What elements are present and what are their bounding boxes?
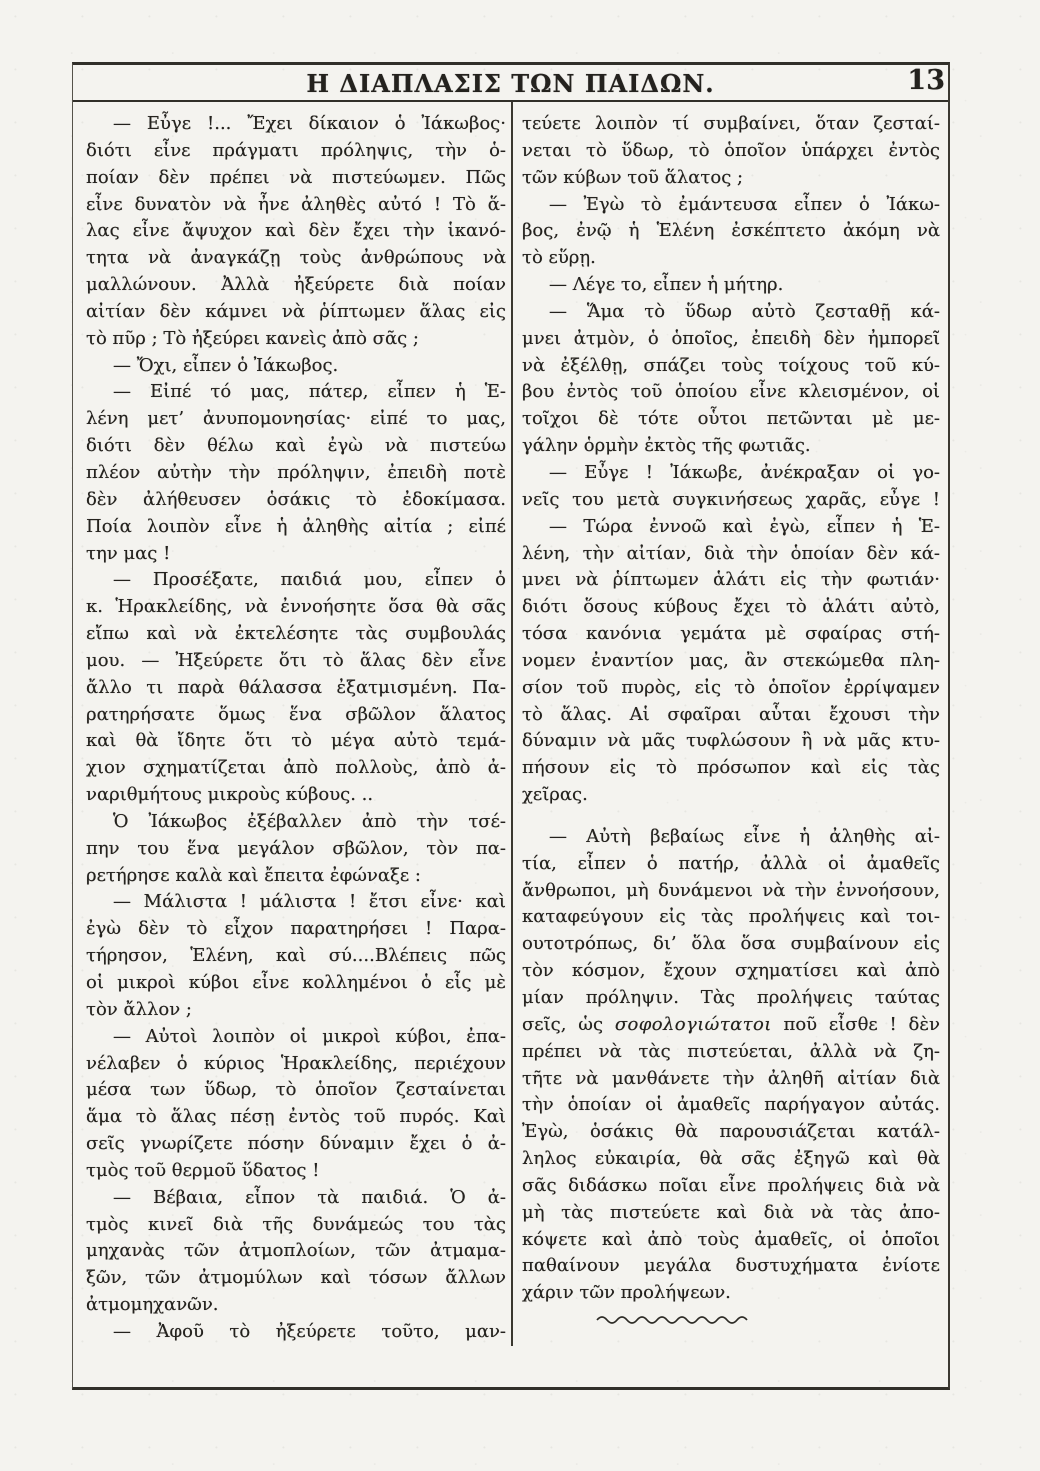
text-line: σεῖς γνωρίζετε πόσην δύναμιν ἔχει ὁ ἀ- (86, 1131, 506, 1158)
text-line: ποίαν δὲν πρέπει νὰ πιστεύωμεν. Πῶς (86, 165, 506, 192)
text-line: βου ἐντὸς τοῦ ὁποίου εἶνε κλεισμένον, οἱ (522, 379, 940, 406)
text-line: — Εἰπέ τό μας, πάτερ, εἶπεν ἡ Ἑ- (86, 379, 506, 406)
text-line: πην του ἕνα μεγάλον σβῶλον, τὸν πα- (86, 836, 506, 863)
text-line: — Εὖγε !... Ἔχει δίκαιον ὁ Ἰάκωβος· (86, 111, 506, 138)
text-line: τοῖχοι δὲ τότε οὗτοι πετῶνται μὲ με- (522, 406, 940, 433)
text-line: μὴ τὰς πιστεύετε καὶ διὰ νὰ τὰς ἀπο- (522, 1200, 940, 1227)
page-number: 13 (907, 65, 945, 96)
text-line: τία, εἶπεν ὁ πατήρ, ἀλλὰ οἱ ἀμαθεῖς (522, 851, 940, 878)
text-line: σᾶς διδάσκω ποῖαι εἶνε προλήψεις διὰ νὰ (522, 1173, 940, 1200)
text-line: διότι δὲν θέλω καὶ ἐγὼ νὰ πιστεύω (86, 433, 506, 460)
page-frame: Η ΔΙΑΠΛΑΣΙΣ ΤΩΝ ΠΑΙΔΩΝ. 13 — Εὖγε !... Ἔ… (72, 62, 950, 1390)
page-header: Η ΔΙΑΠΛΑΣΙΣ ΤΩΝ ΠΑΙΔΩΝ. 13 (73, 65, 948, 102)
text-line: τὸ εὕρῃ. (522, 245, 940, 272)
end-of-article-squiggle (594, 1313, 940, 1325)
text-line: ἅμα τὸ ἅλας πέσῃ ἐντὸς τοῦ πυρός. Καὶ (86, 1104, 506, 1131)
text-line: μαλλώνουν. Ἀλλὰ ἠξεύρετε διὰ ποίαν (86, 272, 506, 299)
text-line: οἱ μικροὶ κύβοι εἶνε κολλημένοι ὁ εἷς μὲ (86, 970, 506, 997)
text-line: ἐγὼ δὲν τὸ εἶχον παρατηρήσει ! Παρα- (86, 916, 506, 943)
text-line: τὸ ἅλας. Αἱ σφαῖραι αὗται ἔχουσι τὴν (522, 702, 940, 729)
text-line: μνει νὰ ῥίπτωμεν ἁλάτι εἰς τὴν φωτιάν· (522, 567, 940, 594)
text-line: ουτοτρόπως, δι’ ὅλα ὅσα συμβαίνουν εἰς (522, 931, 940, 958)
text-line: βος, ἐνῷ ἡ Ἑλένη ἐσκέπτετο ἀκόμη νὰ (522, 218, 940, 245)
text-line: — Λέγε το, εἶπεν ἡ μήτηρ. (522, 272, 940, 299)
text-line: πήσουν εἰς τὸ πρόσωπον καὶ εἰς τὰς (522, 755, 940, 782)
text-line: τῆτε νὰ μανθάνετε τὴν ἀληθῆ αἰτίαν διὰ (522, 1066, 940, 1093)
text-line: παθαίνουν μεγάλα δυστυχήματα ἐνίοτε (522, 1253, 940, 1280)
two-column-body: — Εὖγε !... Ἔχει δίκαιον ὁ Ἰάκωβος·διότι… (73, 102, 948, 1346)
text-line: καὶ θὰ ἴδητε ὅτι τὸ μέγα αὐτὸ τεμά- (86, 728, 506, 755)
text-line: — Εὖγε ! Ἰάκωβε, ἀνέκραξαν οἱ γο- (522, 460, 940, 487)
text-line: δὲν ἀλήθευσεν ὁσάκις τὸ ἐδοκίμασα. (86, 487, 506, 514)
text-line: λένη μετ’ ἀνυπομονησίας· εἰπέ το μας, (86, 406, 506, 433)
text-line: σεῖς, ὡς σοφολογιώτατοι ποῦ εἶσθε ! δὲν (522, 1012, 940, 1039)
text-line: κόψετε καὶ ἀπὸ τοὺς ἀμαθεῖς, οἱ ὁποῖοι (522, 1227, 940, 1254)
text-line: εἴπω καὶ νὰ ἐκτελέσητε τὰς συμβουλάς (86, 621, 506, 648)
text-line: τὸν ἄλλον ; (86, 997, 506, 1024)
text-line: — Τώρα ἐννοῶ καὶ ἐγὼ, εἶπεν ἡ Ἑ- (522, 514, 940, 541)
text-line: τήρησον, Ἑλένη, καὶ σύ....Βλέπεις πῶς (86, 943, 506, 970)
right-column-lines: τεύετε λοιπὸν τί συμβαίνει, ὅταν ζεσταί-… (522, 111, 940, 1307)
text-line: — Ὄχι, εἶπεν ὁ Ἰάκωβος. (86, 353, 506, 380)
left-column-lines: — Εὖγε !... Ἔχει δίκαιον ὁ Ἰάκωβος·διότι… (86, 111, 506, 1346)
text-line: ἄνθρωποι, μὴ δυνάμενοι νὰ τὴν ἐννοήσουν, (522, 878, 940, 905)
text-line: τὸ πῦρ ; Τὸ ἠξεύρει κανεὶς ἀπὸ σᾶς ; (86, 326, 506, 353)
text-line: — Ἀφοῦ τὸ ἠξεύρετε τοῦτο, μαν- (86, 1319, 506, 1346)
text-line: χάριν τῶν προλήψεων. (522, 1280, 940, 1307)
text-line: — Μάλιστα ! μάλιστα ! ἔτσι εἶνε· καὶ (86, 889, 506, 916)
text-line: τεύετε λοιπὸν τί συμβαίνει, ὅταν ζεσταί- (522, 111, 940, 138)
text-line: ρετήρησε καλὰ καὶ ἔπειτα ἐφώναξε : (86, 863, 506, 890)
text-line: Ὁ Ἰάκωβος ἐξέβαλλεν ἀπὸ τὴν τσέ- (86, 809, 506, 836)
text-line: μηχανὰς τῶν ἀτμοπλοίων, τῶν ἀτμαμα- (86, 1238, 506, 1265)
text-line: ξῶν, τῶν ἀτμομύλων καὶ τόσων ἄλλων (86, 1265, 506, 1292)
text-line: χεῖρας. (522, 782, 940, 809)
text-line: — Προσέξατε, παιδιά μου, εἶπεν ὁ (86, 567, 506, 594)
text-line: χιον σχηματίζεται ἀπὸ πολλοὺς, ἀπὸ ἀ- (86, 755, 506, 782)
text-line: ρατηρήσατε ὅμως ἕνα σβῶλον ἅλατος (86, 702, 506, 729)
text-column-left: — Εὖγε !... Ἔχει δίκαιον ὁ Ἰάκωβος·διότι… (73, 102, 513, 1346)
text-line: νὰ ἐξέλθῃ, σπάζει τοὺς τοίχους τοῦ κύ- (522, 353, 940, 380)
text-line: αἰτίαν δὲν κάμνει νὰ ῥίπτωμεν ἅλας εἰς (86, 299, 506, 326)
text-line: τόσα κανόνια γεμάτα μὲ σφαίρας στή- (522, 621, 940, 648)
text-line: δύναμιν νὰ μᾶς τυφλώσουν ἢ νὰ μᾶς κτυ- (522, 728, 940, 755)
text-line: μέσα των ὕδωρ, τὸ ὁποῖον ζεσταίνεται (86, 1077, 506, 1104)
text-line: Ποία λοιπὸν εἶνε ἡ ἀληθὴς αἰτία ; εἰπέ (86, 514, 506, 541)
text-line: κ. Ἡρακλείδης, νὰ ἐννοήσητε ὅσα θὰ σᾶς (86, 594, 506, 621)
text-line: τητα νὰ ἀναγκάζῃ τοὺς ἀνθρώπους νὰ (86, 245, 506, 272)
text-line: νέλαβεν ὁ κύριος Ἡρακλείδης, περιέχουν (86, 1051, 506, 1078)
text-line: Ἐγὼ, ὁσάκις θὰ παρουσιάζεται κατάλ- (522, 1119, 940, 1146)
text-line: τμὸς τοῦ θερμοῦ ὕδατος ! (86, 1158, 506, 1185)
text-line: — Αὐτὴ βεβαίως εἶνε ἡ ἀληθὴς αἰ- (522, 824, 940, 851)
text-column-right: τεύετε λοιπὸν τί συμβαίνει, ὅταν ζεσταί-… (513, 102, 948, 1325)
text-line: μου. — Ἠξεύρετε ὅτι τὸ ἅλας δὲν εἶνε (86, 648, 506, 675)
text-line: πρέπει νὰ τὰς πιστεύεται, ἀλλὰ νὰ ζη- (522, 1039, 940, 1066)
text-line: τῶν κύβων τοῦ ἅλατος ; (522, 165, 940, 192)
text-line: — Ἐγὼ τὸ ἐμάντευσα εἶπεν ὁ Ἰάκω- (522, 192, 940, 219)
text-line: εἶνε δυνατὸν νὰ ἦνε ἀληθὲς αὐτό ! Τὸ ἅ- (86, 192, 506, 219)
text-line: τὴν ὁποίαν οἱ ἀμαθεῖς παρήγαγον αὐτάς. (522, 1092, 940, 1119)
text-line: διότι εἶνε πράγματι πρόληψις, τὴν ὁ- (86, 138, 506, 165)
text-line: νεται τὸ ὕδωρ, τὸ ὁποῖον ὑπάρχει ἐντὸς (522, 138, 940, 165)
text-line: σίον τοῦ πυρὸς, εἰς τὸ ὁποῖον ἐρρίψαμεν (522, 675, 940, 702)
text-line: ἀτμομηχανῶν. (86, 1292, 506, 1319)
text-line: — Ἅμα τὸ ὕδωρ αὐτὸ ζεσταθῇ κά- (522, 299, 940, 326)
text-line: λας εἶνε ἄψυχον καὶ δὲν ἔχει τὴν ἱκανό- (86, 218, 506, 245)
text-line: λένη, τὴν αἰτίαν, διὰ τὴν ὁποίαν δὲν κά- (522, 541, 940, 568)
text-line: πλέον αὐτὴν τὴν πρόληψιν, ἐπειδὴ ποτὲ (86, 460, 506, 487)
text-line: νομεν ἐναντίον μας, ἂν στεκώμεθα πλη- (522, 648, 940, 675)
text-line: μίαν πρόληψιν. Τὰς προλήψεις ταύτας (522, 985, 940, 1012)
text-line: — Αὐτοὶ λοιπὸν οἱ μικροὶ κύβοι, ἐπα- (86, 1024, 506, 1051)
text-line: καταφεύγουν εἰς τὰς προλήψεις καὶ τοι- (522, 904, 940, 931)
text-line: ναριθμήτους μικροὺς κύβους. .. (86, 782, 506, 809)
wavy-rule-icon (594, 1313, 752, 1325)
text-line: ἄλλο τι παρὰ θάλασσα ἐξατμισμένη. Πα- (86, 675, 506, 702)
text-line: την μας ! (86, 541, 506, 568)
text-line: τμὸς κινεῖ διὰ τῆς δυνάμεώς του τὰς (86, 1212, 506, 1239)
text-line: νεῖς του μετὰ συγκινήσεως χαρᾶς, εὖγε ! (522, 487, 940, 514)
text-line: ληλος εὐκαιρία, θὰ σᾶς ἐξηγῶ καὶ θὰ (522, 1146, 940, 1173)
text-line: γάλην ὁρμὴν ἐκτὸς τῆς φωτιᾶς. (522, 433, 940, 460)
text-line: διότι ὅσους κύβους ἔχει τὸ ἁλάτι αὐτὸ, (522, 594, 940, 621)
publication-title: Η ΔΙΑΠΛΑΣΙΣ ΤΩΝ ΠΑΙΔΩΝ. (306, 69, 714, 98)
text-line: μνει ἀτμὸν, ὁ ὁποῖος, ἐπειδὴ δὲν ἠμπορεῖ (522, 326, 940, 353)
text-line: τὸν κόσμον, ἔχουν σχηματίσει καὶ ἀπὸ (522, 958, 940, 985)
text-line: — Βέβαια, εἶπον τὰ παιδιά. Ὁ ἀ- (86, 1185, 506, 1212)
